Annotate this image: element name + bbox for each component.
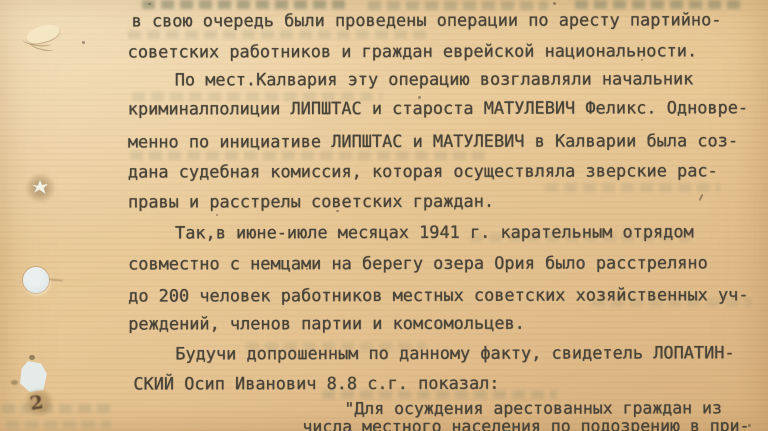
dark-speck xyxy=(29,355,35,360)
typewritten-line: числа местного населения по подозрению в… xyxy=(302,416,749,431)
speck xyxy=(553,2,556,5)
typewritten-line: советских работников и граждан еврейской… xyxy=(128,40,698,61)
typewritten-line: По мест.Калвария эту операцию возглавлял… xyxy=(175,68,694,89)
typewritten-line: правы и расстрелы советских граждан. xyxy=(128,191,494,212)
typewritten-text: в свою очередь были проведены операции п… xyxy=(0,0,768,431)
speck xyxy=(306,268,308,270)
typewritten-line: криминалполиции ЛИПШТАС и староста МАТУЛ… xyxy=(128,97,748,118)
typewritten-line: СКИЙ Осип Иванович 8.8 с.г. показал: xyxy=(133,373,499,394)
typewritten-line: дана судебная комиссия, которая осуществ… xyxy=(128,160,718,181)
speck xyxy=(82,41,85,44)
typewritten-line: менно по инициативе ЛИПШТАС и МАТУЛЕВИЧ … xyxy=(128,130,738,151)
document-page: в свою очередь были проведены операции п… xyxy=(0,0,768,431)
paper-crease xyxy=(20,24,68,56)
typewritten-line: Так,в июне-июле месяцах 1941 г. каратель… xyxy=(175,221,694,242)
speck xyxy=(748,424,751,427)
speck xyxy=(216,214,218,216)
speck xyxy=(336,210,339,212)
typewritten-line: совместно с немцами на берегу озера Ория… xyxy=(128,252,708,273)
speck xyxy=(148,3,151,5)
typewritten-line: в свою очередь были проведены операции п… xyxy=(132,9,722,30)
dark-speck xyxy=(11,380,18,385)
typewritten-line: реждений, членов партии и комсомольцев. xyxy=(128,313,525,334)
typewritten-line: Будучи допрошенным по данному факту, сви… xyxy=(175,342,734,363)
round-punch-hole xyxy=(23,267,49,293)
typewritten-line: до 200 человек работников местных советс… xyxy=(128,284,748,305)
speck xyxy=(641,59,643,61)
speck xyxy=(418,96,421,99)
